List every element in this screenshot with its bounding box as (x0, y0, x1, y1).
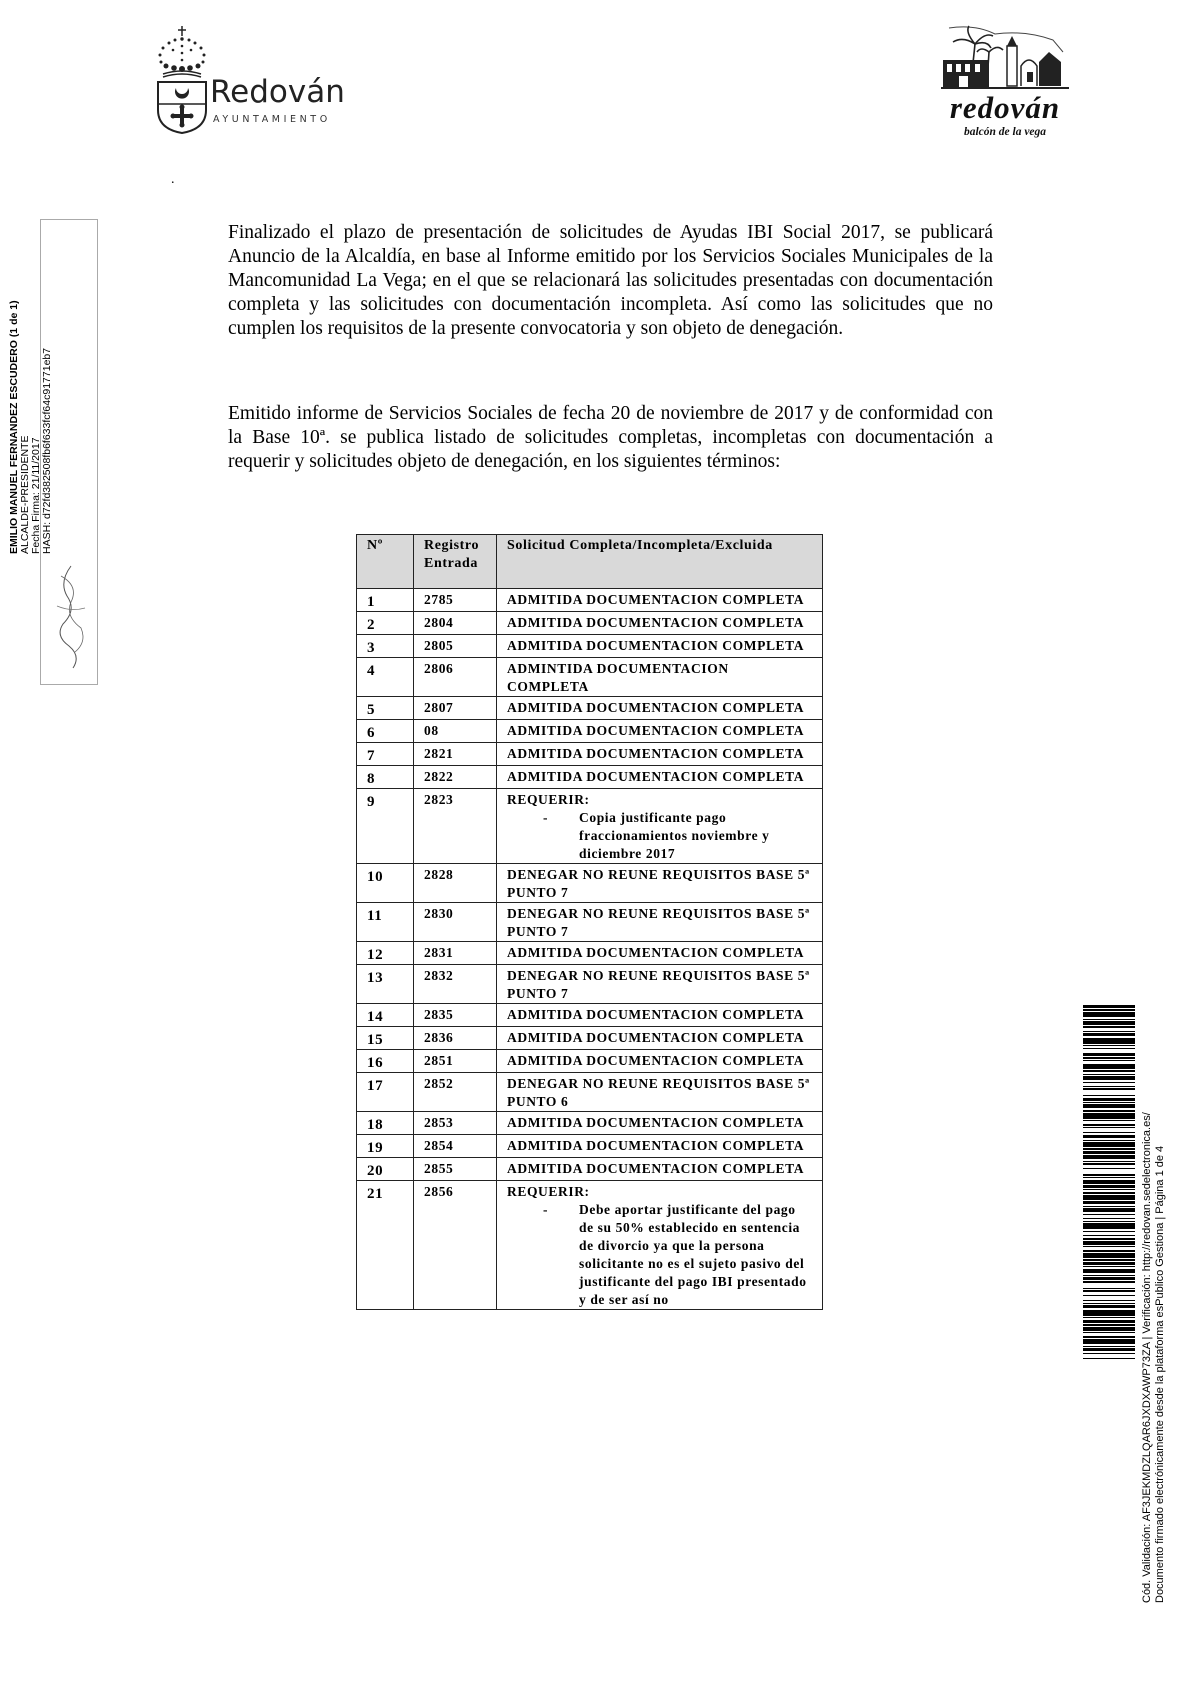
cell-registro: 2828 (414, 864, 497, 903)
table-row: 162851ADMITIDA DOCUMENTACION COMPLETA (357, 1050, 823, 1073)
cell-registro: 2853 (414, 1112, 497, 1135)
estado-text: ADMITIDA DOCUMENTACION COMPLETA (507, 1160, 812, 1178)
cell-number: 6 (357, 720, 414, 743)
cell-number: 13 (357, 965, 414, 1004)
cell-registro: 2836 (414, 1027, 497, 1050)
table-row: 192854ADMITIDA DOCUMENTACION COMPLETA (357, 1135, 823, 1158)
table-row: 52807ADMITIDA DOCUMENTACION COMPLETA (357, 697, 823, 720)
cell-registro: 2831 (414, 942, 497, 965)
cell-estado: DENEGAR NO REUNE REQUISITOS BASE 5ª PUNT… (497, 1073, 823, 1112)
cell-registro: 2823 (414, 789, 497, 864)
cell-registro: 2851 (414, 1050, 497, 1073)
cell-estado: ADMITIDA DOCUMENTACION COMPLETA (497, 697, 823, 720)
requirement-item: -Copia justificante pago fraccionamiento… (507, 809, 812, 863)
cell-estado: ADMITIDA DOCUMENTACION COMPLETA (497, 1027, 823, 1050)
table-row: 22804ADMITIDA DOCUMENTACION COMPLETA (357, 612, 823, 635)
cell-estado: REQUERIR:-Copia justificante pago fracci… (497, 789, 823, 864)
signature-box: EMILIO MANUEL FERNANDEZ ESCUDERO (1 de 1… (40, 219, 98, 685)
estado-text: DENEGAR NO REUNE REQUISITOS BASE 5ª PUNT… (507, 967, 812, 1003)
table-row: 132832DENEGAR NO REUNE REQUISITOS BASE 5… (357, 965, 823, 1004)
table-row: 92823REQUERIR:-Copia justificante pago f… (357, 789, 823, 864)
cell-registro: 2832 (414, 965, 497, 1004)
cell-estado: ADMITIDA DOCUMENTACION COMPLETA (497, 942, 823, 965)
column-header-registro: Registro Entrada (414, 535, 497, 589)
cell-number: 5 (357, 697, 414, 720)
table-row: 72821ADMITIDA DOCUMENTACION COMPLETA (357, 743, 823, 766)
table-row: 12785ADMITIDA DOCUMENTACION COMPLETA (357, 589, 823, 612)
cell-number: 8 (357, 766, 414, 789)
stray-dot: . (171, 172, 175, 188)
cell-estado: ADMITIDA DOCUMENTACION COMPLETA (497, 766, 823, 789)
cell-number: 15 (357, 1027, 414, 1050)
estado-text: DENEGAR NO REUNE REQUISITOS BASE 5ª PUNT… (507, 866, 812, 902)
cell-estado: ADMITIDA DOCUMENTACION COMPLETA (497, 589, 823, 612)
cell-number: 17 (357, 1073, 414, 1112)
cell-number: 10 (357, 864, 414, 903)
logo-brand-name: redován (935, 90, 1075, 126)
cell-number: 19 (357, 1135, 414, 1158)
estado-text: DENEGAR NO REUNE REQUISITOS BASE 5ª PUNT… (507, 905, 812, 941)
estado-text: ADMITIDA DOCUMENTACION COMPLETA (507, 1052, 812, 1070)
table-row: 82822ADMITIDA DOCUMENTACION COMPLETA (357, 766, 823, 789)
cell-number: 16 (357, 1050, 414, 1073)
table-row: 42806ADMINTIDA DOCUMENTACION COMPLETA (357, 658, 823, 697)
estado-text: ADMITIDA DOCUMENTACION COMPLETA (507, 1114, 812, 1132)
cell-registro: 2856 (414, 1181, 497, 1310)
verification-footer: Cód. Validación: AF3JEKMDZLQAR6JXDXAWP73… (1141, 1112, 1166, 1603)
estado-text: REQUERIR: (507, 791, 812, 809)
cell-registro: 2830 (414, 903, 497, 942)
table-row: 142835ADMITIDA DOCUMENTACION COMPLETA (357, 1004, 823, 1027)
estado-text: ADMITIDA DOCUMENTACION COMPLETA (507, 699, 812, 717)
cell-registro: 2854 (414, 1135, 497, 1158)
table-row: 122831ADMITIDA DOCUMENTACION COMPLETA (357, 942, 823, 965)
cell-number: 18 (357, 1112, 414, 1135)
list-dash: - (543, 809, 548, 827)
cell-registro: 2785 (414, 589, 497, 612)
cell-registro: 2855 (414, 1158, 497, 1181)
requirements-list: -Copia justificante pago fraccionamiento… (507, 809, 812, 863)
validation-code: Cód. Validación: AF3JEKMDZLQAR6JXDXAWP73… (1141, 1112, 1154, 1603)
cell-estado: ADMITIDA DOCUMENTACION COMPLETA (497, 1004, 823, 1027)
table-row: 182853ADMITIDA DOCUMENTACION COMPLETA (357, 1112, 823, 1135)
cell-estado: REQUERIR:-Debe aportar justificante del … (497, 1181, 823, 1310)
town-illustration-icon (935, 22, 1075, 94)
platform-notice: Documento firmado electrónicamente desde… (1154, 1112, 1167, 1603)
barcode-icon (1083, 1005, 1135, 1625)
estado-text: ADMITIDA DOCUMENTACION COMPLETA (507, 722, 812, 740)
cell-registro: 2822 (414, 766, 497, 789)
cell-registro: 2835 (414, 1004, 497, 1027)
cell-registro: 2805 (414, 635, 497, 658)
list-dash: - (543, 1201, 548, 1219)
redovan-tourism-logo: redován balcón de la vega (935, 22, 1075, 142)
cell-registro: 2806 (414, 658, 497, 697)
requirement-item: -Debe aportar justificante del pago de s… (507, 1201, 812, 1309)
table-row: 202855ADMITIDA DOCUMENTACION COMPLETA (357, 1158, 823, 1181)
estado-text: REQUERIR: (507, 1183, 812, 1201)
table-row: 32805ADMITIDA DOCUMENTACION COMPLETA (357, 635, 823, 658)
cell-registro: 08 (414, 720, 497, 743)
estado-text: ADMINTIDA DOCUMENTACION COMPLETA (507, 660, 812, 696)
report-paragraph: Emitido informe de Servicios Sociales de… (228, 402, 993, 474)
table-row: 608ADMITIDA DOCUMENTACION COMPLETA (357, 720, 823, 743)
cell-registro: 2821 (414, 743, 497, 766)
cell-estado: ADMITIDA DOCUMENTACION COMPLETA (497, 720, 823, 743)
cell-number: 14 (357, 1004, 414, 1027)
cell-number: 21 (357, 1181, 414, 1310)
cell-estado: DENEGAR NO REUNE REQUISITOS BASE 5ª PUNT… (497, 864, 823, 903)
intro-paragraph: Finalizado el plazo de presentación de s… (228, 221, 993, 341)
estado-text: DENEGAR NO REUNE REQUISITOS BASE 5ª PUNT… (507, 1075, 812, 1111)
cell-estado: DENEGAR NO REUNE REQUISITOS BASE 5ª PUNT… (497, 903, 823, 942)
table-row: 212856REQUERIR:-Debe aportar justificant… (357, 1181, 823, 1310)
cell-number: 7 (357, 743, 414, 766)
logo-brand-name: Redován (210, 74, 345, 110)
estado-text: ADMITIDA DOCUMENTACION COMPLETA (507, 591, 812, 609)
ayuntamiento-logo: Redován AYUNTAMIENTO (155, 26, 345, 138)
cell-number: 20 (357, 1158, 414, 1181)
cell-estado: ADMINTIDA DOCUMENTACION COMPLETA (497, 658, 823, 697)
cell-registro: 2804 (414, 612, 497, 635)
cell-number: 12 (357, 942, 414, 965)
cell-estado: ADMITIDA DOCUMENTACION COMPLETA (497, 1158, 823, 1181)
cell-estado: ADMITIDA DOCUMENTACION COMPLETA (497, 612, 823, 635)
handwritten-signature-icon (51, 562, 91, 672)
estado-text: ADMITIDA DOCUMENTACION COMPLETA (507, 768, 812, 786)
table-row: 152836ADMITIDA DOCUMENTACION COMPLETA (357, 1027, 823, 1050)
cell-estado: ADMITIDA DOCUMENTACION COMPLETA (497, 1112, 823, 1135)
estado-text: ADMITIDA DOCUMENTACION COMPLETA (507, 944, 812, 962)
estado-text: ADMITIDA DOCUMENTACION COMPLETA (507, 637, 812, 655)
estado-text: ADMITIDA DOCUMENTACION COMPLETA (507, 1029, 812, 1047)
table-row: 112830DENEGAR NO REUNE REQUISITOS BASE 5… (357, 903, 823, 942)
cell-number: 11 (357, 903, 414, 942)
cell-number: 1 (357, 589, 414, 612)
cell-estado: ADMITIDA DOCUMENTACION COMPLETA (497, 1135, 823, 1158)
estado-text: ADMITIDA DOCUMENTACION COMPLETA (507, 1006, 812, 1024)
requirement-text: Copia justificante pago fraccionamientos… (579, 810, 770, 861)
cell-number: 3 (357, 635, 414, 658)
logo-tagline: balcón de la vega (935, 126, 1075, 138)
table-row: 172852DENEGAR NO REUNE REQUISITOS BASE 5… (357, 1073, 823, 1112)
signature-details: EMILIO MANUEL FERNANDEZ ESCUDERO (1 de 1… (9, 194, 53, 554)
cell-estado: ADMITIDA DOCUMENTACION COMPLETA (497, 635, 823, 658)
signature-hash: HASH: d72fd382508fb6f633fcf64c91771eb7 (42, 194, 53, 554)
estado-text: ADMITIDA DOCUMENTACION COMPLETA (507, 614, 812, 632)
cell-registro: 2852 (414, 1073, 497, 1112)
column-header-number: Nº (357, 535, 414, 589)
requirements-list: -Debe aportar justificante del pago de s… (507, 1201, 812, 1309)
cell-estado: DENEGAR NO REUNE REQUISITOS BASE 5ª PUNT… (497, 965, 823, 1004)
cell-number: 4 (357, 658, 414, 697)
table-header-row: Nº Registro Entrada Solicitud Completa/I… (357, 535, 823, 589)
requirement-text: Debe aportar justificante del pago de su… (579, 1202, 807, 1307)
logo-subtitle: AYUNTAMIENTO (213, 114, 331, 125)
cell-registro: 2807 (414, 697, 497, 720)
cell-number: 9 (357, 789, 414, 864)
table-row: 102828DENEGAR NO REUNE REQUISITOS BASE 5… (357, 864, 823, 903)
applications-table: Nº Registro Entrada Solicitud Completa/I… (356, 534, 823, 1310)
estado-text: ADMITIDA DOCUMENTACION COMPLETA (507, 1137, 812, 1155)
cell-estado: ADMITIDA DOCUMENTACION COMPLETA (497, 1050, 823, 1073)
cell-estado: ADMITIDA DOCUMENTACION COMPLETA (497, 743, 823, 766)
column-header-estado: Solicitud Completa/Incompleta/Excluida (497, 535, 823, 589)
estado-text: ADMITIDA DOCUMENTACION COMPLETA (507, 745, 812, 763)
cell-number: 2 (357, 612, 414, 635)
coat-of-arms-icon (155, 26, 209, 134)
